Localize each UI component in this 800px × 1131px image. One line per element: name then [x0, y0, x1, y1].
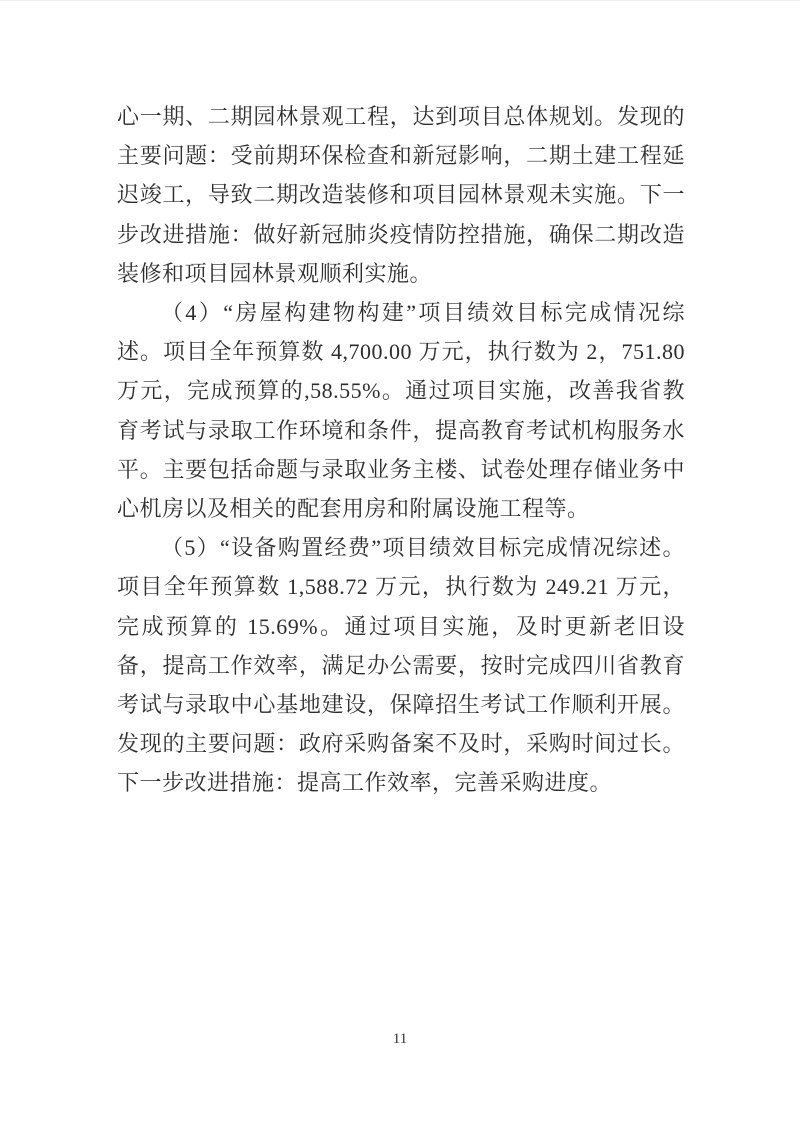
paragraph-item-4: （4）“房屋构建物构建”项目绩效目标完成情况综述。项目全年预算数 4,700.0…: [117, 293, 685, 528]
paragraph-continuation: 心一期、二期园林景观工程，达到项目总体规划。发现的主要问题：受前期环保检查和新冠…: [117, 97, 685, 293]
document-page: 心一期、二期园林景观工程，达到项目总体规划。发现的主要问题：受前期环保检查和新冠…: [0, 0, 800, 1131]
paragraph-item-5: （5）“设备购置经费”项目绩效目标完成情况综述。项目全年预算数 1,588.72…: [117, 528, 685, 802]
document-body: 心一期、二期园林景观工程，达到项目总体规划。发现的主要问题：受前期环保检查和新冠…: [117, 97, 685, 803]
page-number: 11: [0, 1030, 800, 1048]
